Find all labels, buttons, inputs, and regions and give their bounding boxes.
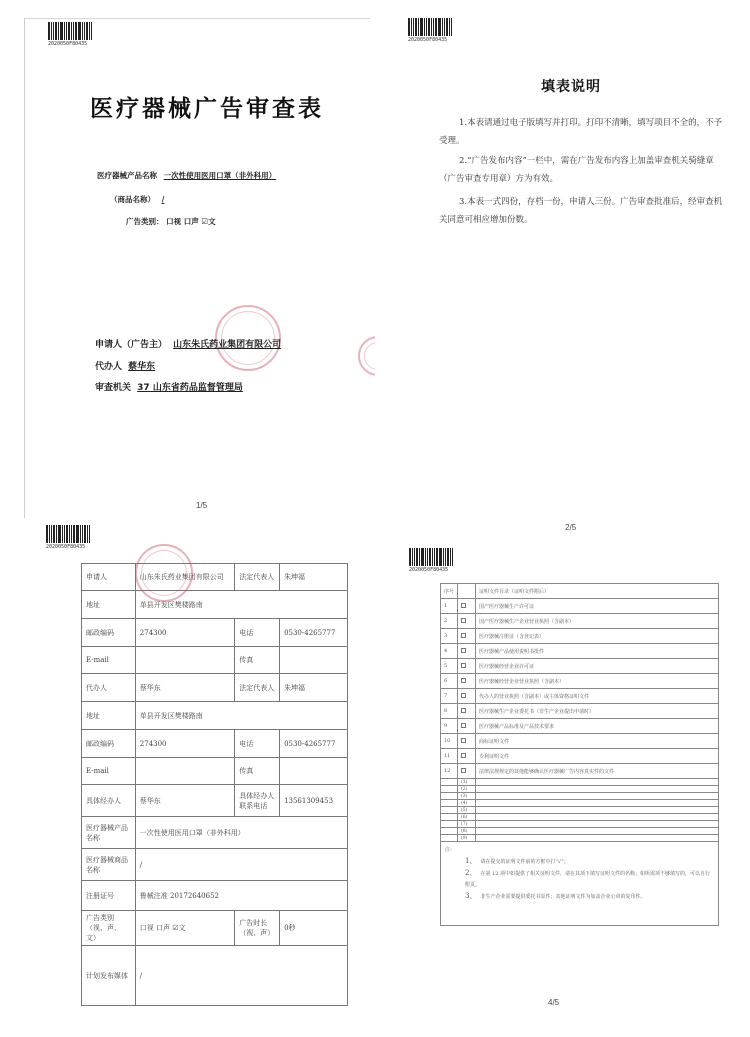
trade-name-line: （商品名称） / (110, 194, 168, 205)
ad-type-line: 广告类别： 口视 口声 ☑文 (126, 216, 216, 227)
item-text: 医疗器械注册证（含登记表） (476, 629, 719, 644)
sub-item-number: (8) (458, 828, 476, 835)
ad-type-value: 口视 口声 ☑文 (166, 217, 215, 226)
note-text: 在第 12 项中如提供了相关证明文件，请在其项下填写证明文件的名称；如所需项不够… (465, 871, 710, 888)
checkbox[interactable] (461, 753, 466, 758)
table-header-row: 序号 证明文件目录（证明文件附后） (441, 584, 719, 599)
checkbox[interactable] (461, 693, 466, 698)
cell-value: 0530-4265777 (280, 619, 348, 647)
item-text: 专利证明文件 (476, 749, 719, 764)
empty-cell (441, 800, 458, 807)
item-text: 国产医疗器械生产许可证 (476, 599, 719, 614)
notes-cell: 注：1、请在提交的证明文件前的方框中打“√”；2、在第 12 项中如提供了相关证… (441, 842, 719, 926)
sub-item-blank (476, 828, 719, 835)
table-row: E-mail 传真 (82, 758, 348, 785)
note-item: 3、非生产企业需要提供委托书原件；其他证明文件为加盖企业公章的复印件。 (445, 891, 714, 903)
table-row: 广告类别（视、声、文） 口视 口声 ☑文 广告时长（视、声） 0秒 (82, 911, 348, 946)
cell-label: 邮政编码 (82, 730, 136, 758)
item-number: 8 (441, 704, 458, 719)
cell-label: 法定代表人 (235, 674, 280, 702)
page-number: 1/5 (196, 501, 207, 510)
applicant-info-table: 申请人 山东朱氏药业集团有限公司 法定代表人 朱坤福 地址 单县开发区樊楼路南 … (81, 563, 348, 1006)
product-name-line: 医疗器械产品名称 一次性使用医用口罩（非外科用） (97, 170, 280, 181)
note-number: 3、 (465, 892, 476, 900)
agent-line: 代办人 蔡华东 (95, 359, 158, 372)
agent-label: 代办人 (95, 362, 122, 372)
instruction-paragraph: 3.本表一式四份，存档一份，申请人三份。广告审查批准后，经审查机关同意可相应增加… (439, 193, 729, 229)
page-1-cover: 2020050F80435 医疗器械广告审查表 医疗器械产品名称 一次性使用医用… (0, 0, 375, 520)
sub-item-number: (4) (458, 800, 476, 807)
cell-label: 地址 (82, 591, 136, 619)
cell-value (135, 758, 234, 785)
item-text: 法律法规规定的其他能够确认医疗器械广告内容真实性的文件 (476, 764, 719, 779)
checkbox[interactable] (461, 768, 466, 773)
cell-value: 0530-4265777 (280, 730, 348, 758)
empty-cell (441, 814, 458, 821)
table-row: 9医疗器械产品标准及产品技术要求 (441, 719, 719, 734)
cell-label: 代办人 (82, 674, 136, 702)
checkbox[interactable] (461, 708, 466, 713)
cell-label: E-mail (82, 647, 136, 674)
table-row: 申请人 山东朱氏药业集团有限公司 法定代表人 朱坤福 (82, 564, 348, 591)
cell-value (135, 647, 234, 674)
checkbox[interactable] (461, 663, 466, 668)
notes-row: 注：1、请在提交的证明文件前的方框中打“√”；2、在第 12 项中如提供了相关证… (441, 842, 719, 926)
table-row: 计划发布媒体 / (82, 946, 348, 1006)
cell-label: 电话 (235, 730, 280, 758)
barcode-icon: 2020050F80435 (409, 548, 459, 576)
table-row: (9) (441, 835, 719, 842)
checkbox[interactable] (461, 633, 466, 638)
table-row: 6医疗器械经营企业营业执照（含副本） (441, 674, 719, 689)
page-number: 4/5 (548, 998, 559, 1007)
checkbox[interactable] (461, 738, 466, 743)
table-row: 代办人 蔡华东 法定代表人 朱坤福 (82, 674, 348, 702)
authority-line: 审查机关 37 山东省药品监督管理局 (95, 380, 246, 393)
ad-type-label: 广告类别： (126, 217, 164, 226)
barcode-icon: 2020050F80435 (48, 22, 98, 50)
barcode-icon: 2020050F80435 (408, 18, 458, 46)
cell-label: 具体经办人 (82, 785, 136, 817)
table-row: 5医疗器械经营企业许可证 (441, 659, 719, 674)
item-text: 商标证明文件 (476, 734, 719, 749)
cell-value: 274300 (135, 730, 234, 758)
note-text: 非生产企业需要提供委托书原件；其他证明文件为加盖企业公章的复印件。 (480, 894, 645, 900)
note-number: 1、 (465, 857, 476, 865)
item-checkbox-cell (458, 689, 476, 704)
item-checkbox-cell (458, 749, 476, 764)
cell-label: 电话 (235, 619, 280, 647)
sub-item-number: (9) (458, 835, 476, 842)
sub-item-blank (476, 835, 719, 842)
item-number: 2 (441, 614, 458, 629)
sub-item-blank (476, 793, 719, 800)
item-number: 10 (441, 734, 458, 749)
item-number: 3 (441, 629, 458, 644)
cell-label: 地址 (82, 702, 136, 730)
table-row: 地址 单县开发区樊楼路南 (82, 702, 348, 730)
table-row: 医疗器械产品名称 一次性使用医用口罩（非外科用） (82, 817, 348, 849)
table-row: 12法律法规规定的其他能够确认医疗器械广告内容真实性的文件 (441, 764, 719, 779)
page-2-instructions: 2020050F80435 填表说明 1.本表请通过电子版填写并打印。打印不清晰… (375, 0, 750, 530)
table-row: (1) (441, 779, 719, 786)
sub-item-number: (5) (458, 807, 476, 814)
table-row: 7代办人的营业执照（含副本）或主体资格证明文件 (441, 689, 719, 704)
empty-cell (441, 807, 458, 814)
table-row: (2) (441, 786, 719, 793)
item-number: 9 (441, 719, 458, 734)
checkbox[interactable] (461, 678, 466, 683)
checkbox[interactable] (461, 648, 466, 653)
table-row: 3医疗器械注册证（含登记表） (441, 629, 719, 644)
barcode-number: 2020050F80435 (46, 544, 96, 550)
item-checkbox-cell (458, 659, 476, 674)
cell-label: 计划发布媒体 (82, 946, 136, 1006)
cell-value: 一次性使用医用口罩（非外科用） (135, 817, 347, 849)
table-row: 邮政编码 274300 电话 0530-4265777 (82, 730, 348, 758)
trade-name-value: / (158, 195, 169, 204)
cell-label: E-mail (82, 758, 136, 785)
empty-cell (441, 779, 458, 786)
notes-label: 注： (445, 845, 714, 856)
table-row: (8) (441, 828, 719, 835)
item-text: 医疗器械产品标准及产品技术要求 (476, 719, 719, 734)
barcode-number: 2020050F80435 (408, 37, 458, 43)
cell-label: 邮政编码 (82, 619, 136, 647)
instruction-paragraph: 1.本表请通过电子版填写并打印。打印不清晰，填写项目不全的，不予受理。 (439, 114, 729, 150)
official-seal-stamp (135, 544, 193, 602)
cell-label: 具体经办人联系电话 (235, 785, 280, 817)
empty-cell (441, 786, 458, 793)
table-row: (3) (441, 793, 719, 800)
empty-cell (441, 835, 458, 842)
cell-label: 法定代表人 (235, 564, 280, 591)
item-checkbox-cell (458, 764, 476, 779)
column-header-check (458, 584, 476, 599)
checkbox[interactable] (461, 603, 466, 608)
note-text: 请在提交的证明文件前的方框中打“√”； (480, 859, 568, 865)
item-text: 国产医疗器械生产企业营业执照（含副本） (476, 614, 719, 629)
item-number: 11 (441, 749, 458, 764)
cell-value: 274300 (135, 619, 234, 647)
authority-value: 37 山东省药品监督管理局 (134, 383, 246, 393)
item-number: 6 (441, 674, 458, 689)
barcode-number: 2020050F80435 (409, 567, 459, 573)
item-text: 医疗器械生产企业委托书（非生产企业提出申请时） (476, 704, 719, 719)
cell-value: 0秒 (280, 911, 348, 946)
item-text: 医疗器械产品使用说明书批件 (476, 644, 719, 659)
sub-item-number: (3) (458, 793, 476, 800)
cell-label: 注册证号 (82, 881, 136, 911)
item-checkbox-cell (458, 704, 476, 719)
page-title: 医疗器械广告审查表 (90, 90, 324, 123)
table-row: 具体经办人 蔡华东 具体经办人联系电话 13561309453 (82, 785, 348, 817)
item-number: 5 (441, 659, 458, 674)
item-text: 医疗器械经营企业许可证 (476, 659, 719, 674)
sub-item-blank (476, 807, 719, 814)
item-checkbox-cell (458, 629, 476, 644)
item-checkbox-cell (458, 674, 476, 689)
cell-value (280, 758, 348, 785)
page-number: 2/5 (565, 523, 576, 532)
cell-value: 朱坤福 (280, 674, 348, 702)
sub-item-number: (1) (458, 779, 476, 786)
cell-value: 鲁械注准 20172640652 (135, 881, 347, 911)
sub-item-blank (476, 814, 719, 821)
empty-cell (441, 821, 458, 828)
item-number: 4 (441, 644, 458, 659)
empty-cell (441, 793, 458, 800)
note-item: 1、请在提交的证明文件前的方框中打“√”； (445, 856, 714, 868)
document-checklist-table: 序号 证明文件目录（证明文件附后） 1国产医疗器械生产许可证2国产医疗器械生产企… (440, 583, 719, 926)
cell-label: 传真 (235, 758, 280, 785)
applicant-label: 申请人（广告主） (95, 340, 167, 350)
table-row: (7) (441, 821, 719, 828)
cell-value: 13561309453 (280, 785, 348, 817)
table-row: 注册证号 鲁械注准 20172640652 (82, 881, 348, 911)
cell-label: 广告时长（视、声） (235, 911, 280, 946)
authority-label: 审查机关 (95, 383, 131, 393)
item-number: 7 (441, 689, 458, 704)
page-edge (24, 18, 370, 19)
cell-label: 广告类别（视、声、文） (82, 911, 136, 946)
table-row: 11专利证明文件 (441, 749, 719, 764)
instructions-title: 填表说明 (541, 76, 601, 96)
table-row: 邮政编码 274300 电话 0530-4265777 (82, 619, 348, 647)
product-name-value: 一次性使用医用口罩（非外科用） (160, 171, 281, 180)
table-row: 2国产医疗器械生产企业营业执照（含副本） (441, 614, 719, 629)
page-edge (24, 18, 25, 518)
sub-item-blank (476, 779, 719, 786)
cell-value: 蔡华东 (135, 674, 234, 702)
table-row: (4) (441, 800, 719, 807)
instruction-paragraph: 2.“广告发布内容”一栏中，需在广告发布内容上加盖审查机关骑缝章（广告审查专用章… (439, 152, 729, 188)
checkbox[interactable] (461, 618, 466, 623)
cell-value: 朱坤福 (280, 564, 348, 591)
cell-value: 口视 口声 ☑文 (135, 911, 234, 946)
sub-item-number: (7) (458, 821, 476, 828)
table-row: 8医疗器械生产企业委托书（非生产企业提出申请时） (441, 704, 719, 719)
column-header-no: 序号 (441, 584, 458, 599)
item-checkbox-cell (458, 644, 476, 659)
sub-item-blank (476, 821, 719, 828)
sub-item-blank (476, 800, 719, 807)
barcode-icon: 2020050F80435 (46, 525, 96, 553)
table-row: 10商标证明文件 (441, 734, 719, 749)
table-row: (6) (441, 814, 719, 821)
cell-label: 申请人 (82, 564, 136, 591)
cell-value: 单县开发区樊楼路南 (135, 702, 347, 730)
item-number: 1 (441, 599, 458, 614)
note-number: 2、 (465, 869, 476, 877)
cell-label: 医疗器械产品名称 (82, 817, 136, 849)
item-checkbox-cell (458, 614, 476, 629)
item-text: 代办人的营业执照（含副本）或主体资格证明文件 (476, 689, 719, 704)
cell-value (280, 647, 348, 674)
table-row: 地址 单县开发区樊楼路南 (82, 591, 348, 619)
cell-label: 医疗器械商品名称 (82, 849, 136, 881)
table-row: (5) (441, 807, 719, 814)
item-text: 医疗器械经营企业营业执照（含副本） (476, 674, 719, 689)
table-row: 4医疗器械产品使用说明书批件 (441, 644, 719, 659)
item-checkbox-cell (458, 719, 476, 734)
barcode-number: 2020050F80435 (48, 41, 98, 47)
item-checkbox-cell (458, 734, 476, 749)
trade-name-label: （商品名称） (110, 195, 155, 204)
sub-item-number: (2) (458, 786, 476, 793)
sub-item-blank (476, 786, 719, 793)
applicant-value: 山东朱氏药业集团有限公司 (170, 340, 284, 350)
cell-value: 蔡华东 (135, 785, 234, 817)
applicant-line: 申请人（广告主） 山东朱氏药业集团有限公司 (95, 337, 284, 350)
agent-value: 蔡华东 (125, 362, 158, 372)
item-number: 12 (441, 764, 458, 779)
item-checkbox-cell (458, 599, 476, 614)
table-row: E-mail 传真 (82, 647, 348, 674)
checkbox[interactable] (461, 723, 466, 728)
note-item: 2、在第 12 项中如提供了相关证明文件，请在其项下填写证明文件的名称；如所需项… (445, 868, 714, 891)
column-header-document: 证明文件目录（证明文件附后） (476, 584, 719, 599)
cell-value: / (135, 849, 347, 881)
cell-value: / (135, 946, 347, 1006)
table-row: 1国产医疗器械生产许可证 (441, 599, 719, 614)
empty-cell (441, 828, 458, 835)
table-row: 医疗器械商品名称 / (82, 849, 348, 881)
product-name-label: 医疗器械产品名称 (97, 171, 157, 180)
sub-item-number: (6) (458, 814, 476, 821)
cell-label: 传真 (235, 647, 280, 674)
